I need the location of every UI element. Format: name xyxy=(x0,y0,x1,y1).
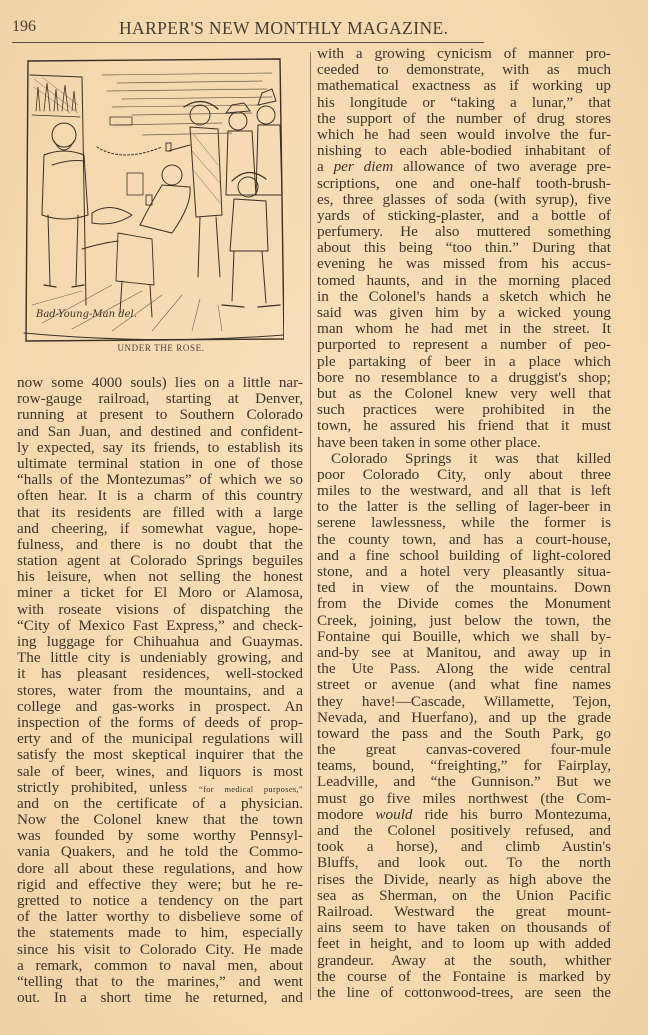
text-line: The little city is undeniably growing, a… xyxy=(17,650,303,666)
text-line: nishing to each able-bodied inhabitant o… xyxy=(317,143,611,159)
text-line: running at present to Southern Colorado xyxy=(17,407,303,423)
text-line: must go five miles northwest (the Com- xyxy=(317,791,611,807)
text-line: rises the Divide, nearly as high above t… xyxy=(317,872,611,888)
text-line: evening he was missed from his accus- xyxy=(317,256,611,272)
text-line: to the latter is the selling of lager-be… xyxy=(317,499,611,515)
text-line: miner a ticket for El Moro or Alamosa, xyxy=(17,585,303,601)
text-line: stores, water from the mountains, and a xyxy=(17,683,303,699)
text-line: the county town, and has a court-house, xyxy=(317,532,611,548)
text-line: tomed haunts, and in the morning placed xyxy=(317,273,611,289)
text-line: which he had seen would involve the fur- xyxy=(317,127,611,143)
text-line: vania Quakers, and he told the Commo- xyxy=(17,844,303,860)
text-line: es, three glasses of soda (with syrup), … xyxy=(317,192,611,208)
text-line: Bluffs, and look out. To the north xyxy=(317,855,611,871)
text-line: often hear. It is a charm of this countr… xyxy=(17,488,303,504)
text-line: since his visit to Colorado City. He mad… xyxy=(17,942,303,958)
text-line: his leisure, when not selling the honest xyxy=(17,569,303,585)
text-line: mathematical exactness as if working up xyxy=(317,78,611,94)
text-line: college and gas-works in prospect. An xyxy=(17,699,303,715)
text-line: Fontaine qui Bouille, which we shall by- xyxy=(317,629,611,645)
text-line: Nevada, and Huerfano), and up the grade xyxy=(317,710,611,726)
text-fragment: a xyxy=(317,158,334,175)
text-line: miles to the westward, and all that is l… xyxy=(317,483,611,499)
text-fragment: strictly prohibited, unless xyxy=(17,779,187,796)
text-line: bore no resemblance to a druggist's shop… xyxy=(317,370,611,386)
text-line: and the Colonel positively refused, and xyxy=(317,823,611,839)
text-line: street or avenue (and what fine names xyxy=(317,677,611,693)
text-line: that its residents are filled with a lar… xyxy=(17,505,303,521)
text-line: about this being “too thin.” During that xyxy=(317,240,611,256)
text-line: serene lawlessness, while the former is xyxy=(317,515,611,531)
text-line: but as the Colonel knew very well that xyxy=(317,386,611,402)
text-line: “telling that to the marines,” and went xyxy=(17,974,303,990)
small-caps-quote: “for medical purposes,” xyxy=(199,784,303,794)
left-column-text: now some 4000 souls) lies on a little na… xyxy=(17,375,303,1006)
artist-signature: Bad-Young-Man del. xyxy=(35,309,137,320)
text-line: sale of beer, wines, and liquors is most xyxy=(17,764,303,780)
text-line: grandeur. Away at the south, whither xyxy=(317,953,611,969)
text-line: from the Divide comes the Monument xyxy=(317,596,611,612)
paragraph-start-line: Colorado Springs it was that killed xyxy=(317,451,611,467)
text-line: they have!—Cascade, Willamette, Tejon, xyxy=(317,694,611,710)
italic-would: would xyxy=(375,806,412,823)
text-line: his longitude or “taking a lunar,” that xyxy=(317,95,611,111)
text-line: yards of sticking-plaster, and a bottle … xyxy=(317,208,611,224)
text-line-with-small-quote: strictly prohibited, unless “for medical… xyxy=(17,780,303,796)
text-line: in the Colonel's hands a sketch which he xyxy=(317,289,611,305)
text-line: teams, bound, “freighting,” for Fairplay… xyxy=(317,758,611,774)
text-line: purported to represent a number of peo- xyxy=(317,337,611,353)
text-line: gretted to notice a tendency on the part xyxy=(17,893,303,909)
text-line: sea as Sherman, on the Union Pacific xyxy=(317,888,611,904)
text-line-would: modore would ride his burro Montezuma, xyxy=(317,807,611,823)
text-line: out. In a short time he returned, and xyxy=(17,990,303,1006)
text-line: with roseate visions of dispatching the xyxy=(17,602,303,618)
text-line: Railroad. Westward the great mount- xyxy=(317,904,611,920)
text-line: the statements made to him, especially xyxy=(17,925,303,941)
text-line: fulness, and there is no doubt that the xyxy=(17,537,303,553)
text-line: a remark, common to naval men, about xyxy=(17,958,303,974)
text-line: inspection of the forms of deeds of prop… xyxy=(17,715,303,731)
text-line: rigid and effective they were; but he re… xyxy=(17,877,303,893)
text-line: such practices were prohibited in the xyxy=(317,402,611,418)
page-number: 196 xyxy=(12,18,36,36)
text-line: with a growing cynicism of manner pro- xyxy=(317,46,611,62)
text-line: satisfy the most skeptical inquirer that… xyxy=(17,747,303,763)
illustration-under-the-rose: Bad-Young-Man del. xyxy=(22,55,284,345)
text-line: have been taken in some other place. xyxy=(317,435,611,451)
text-line: it has pleasant residences, well-stocked xyxy=(17,666,303,682)
text-line: the line of cottonwood-trees, are seen t… xyxy=(317,985,611,1001)
text-fragment: modore xyxy=(317,806,375,823)
text-line: now some 4000 souls) lies on a little na… xyxy=(17,375,303,391)
text-line: ted in view of the mountains. Down xyxy=(317,580,611,596)
text-line: Leadville, and “the Gunnison.” But we xyxy=(317,774,611,790)
text-line: scriptions, one and one-half tooth-brush… xyxy=(317,176,611,192)
italic-per-diem: per diem xyxy=(334,158,394,175)
text-line: and cheering, if somewhat vague, hope- xyxy=(17,521,303,537)
text-line: poor Colorado City, only about three xyxy=(317,467,611,483)
text-line: ing luggage for Chihuahua and Guaymas. xyxy=(17,634,303,650)
text-line: ains seem to have taken on thousands of xyxy=(317,920,611,936)
text-line: ly expected, say its friends, to establi… xyxy=(17,440,303,456)
running-head: 196 HARPER'S NEW MONTHLY MAGAZINE. xyxy=(12,14,486,38)
text-line: ultimate terminal station in one of thos… xyxy=(17,456,303,472)
text-line-per-diem: a per diem allowance of two average pre- xyxy=(317,159,611,175)
text-line: and San Juan, and destined and confident… xyxy=(17,424,303,440)
text-line: and a fine school building of light-colo… xyxy=(317,548,611,564)
text-line: perfumery. He also muttered something xyxy=(317,224,611,240)
text-line: station agent at Colorado Springs beguil… xyxy=(17,553,303,569)
magazine-title: HARPER'S NEW MONTHLY MAGAZINE. xyxy=(119,18,448,39)
text-line: Creek, joining, just below the town, the xyxy=(317,613,611,629)
text-line: feet in height, and to loom up with adde… xyxy=(317,936,611,952)
text-line: the great canvas-covered four-mule xyxy=(317,742,611,758)
text-fragment: ride his burro Montezuma, xyxy=(425,806,612,823)
text-line: ple partaking of beer in a place which xyxy=(317,354,611,370)
figure-caption: UNDER THE ROSE. xyxy=(16,343,306,353)
text-line: town, he assured his friend that it must xyxy=(317,418,611,434)
column-divider xyxy=(310,52,311,1000)
right-column-text: with a growing cynicism of manner pro- c… xyxy=(317,46,611,1001)
text-line: took a horse), and climb Austin's xyxy=(317,839,611,855)
text-line: ceeded to demonstrate, with as much xyxy=(317,62,611,78)
text-line: stone, and a hotel very pleasantly situa… xyxy=(317,564,611,580)
text-line: was founded by some worthy Pennsyl- xyxy=(17,828,303,844)
text-line: man whom he had met in the street. It xyxy=(317,321,611,337)
text-line: Now the Colonel knew that the town xyxy=(17,812,303,828)
text-line: erty and of the municipal regulations wi… xyxy=(17,731,303,747)
text-line: of the latter worthy to disbelieve some … xyxy=(17,909,303,925)
text-line: “City of Mexico Fast Express,” and check… xyxy=(17,618,303,634)
text-line: the course of the Fontaine is marked by xyxy=(317,969,611,985)
text-line: said was given him by a wicked young xyxy=(317,305,611,321)
text-line: toward the pass and the South Park, go xyxy=(317,726,611,742)
engraving-illustration-icon: Bad-Young-Man del. xyxy=(22,55,284,345)
text-line: and-by see at Manitou, and away up in xyxy=(317,645,611,661)
text-line: row-gauge railroad, starting at Denver, xyxy=(17,391,303,407)
text-line: and on the certificate of a physician. xyxy=(17,796,303,812)
text-line: the Ute Pass. Along the wide central xyxy=(317,661,611,677)
text-line: dore all about these regulations, and ho… xyxy=(17,861,303,877)
text-fragment: allowance of two average pre- xyxy=(403,158,611,175)
header-rule xyxy=(12,42,484,43)
text-line: the support of the number of drug stores xyxy=(317,111,611,127)
text-line: “halls of the Montezumas” of which we so xyxy=(17,472,303,488)
